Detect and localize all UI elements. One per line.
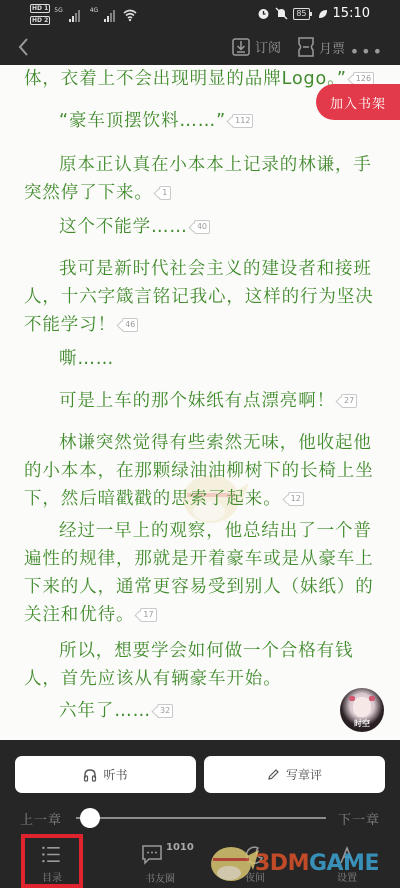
battery-icon: 85 (293, 8, 309, 20)
status-bar: HD 1 HD 2 5G 4G 85 15:10 (0, 0, 400, 30)
add-to-bookshelf-button[interactable]: 加入书架 (316, 84, 400, 120)
network2-label: 4G (90, 7, 98, 14)
nav-table-of-contents[interactable]: 目录 (21, 834, 83, 888)
sim2-hd-icon: HD 2 (30, 16, 50, 25)
ticket-icon (298, 37, 314, 57)
paragraph-11: 六年了……32 (24, 697, 379, 725)
status-right: 85 15:10 (257, 6, 370, 21)
site-watermark: 3DMGAME (255, 851, 379, 876)
wifi-icon (123, 8, 137, 22)
listen-book-label: 听书 (103, 766, 127, 783)
chapter-progress-row: 上一章 下一章 (0, 806, 400, 830)
clock: 15:10 (333, 6, 370, 21)
paragraph-comment-badge[interactable]: 12 (288, 492, 304, 506)
leaf-icon (318, 9, 328, 19)
paragraph-6: 嘶…… (24, 345, 379, 373)
subscribe-button[interactable]: 订阅 (232, 37, 281, 56)
download-box-icon (232, 38, 250, 56)
list-icon (40, 844, 64, 865)
paragraph-comment-badge[interactable]: 46 (122, 318, 138, 332)
back-chevron-icon[interactable] (12, 35, 36, 59)
paragraph-9: 经过一早上的观察，他总结出了一个普遍性的规律，那就是开着豪车或是从豪车上下来的人… (24, 517, 379, 629)
paragraph-5: 我可是新时代社会主义的建设者和接班人，十六字箴言铭记我心，这样的行为坚决不能学习… (24, 255, 379, 339)
monthly-ticket-button[interactable]: 月票 (298, 37, 345, 57)
prev-chapter-button[interactable]: 上一章 (20, 809, 62, 828)
subscribe-label: 订阅 (255, 37, 281, 56)
listen-book-button[interactable]: 听书 (15, 756, 196, 793)
sim1-hd-icon: HD 1 (30, 4, 50, 13)
paragraph-4: 这个不能学……40 (24, 213, 379, 241)
pencil-icon (267, 768, 280, 781)
friends-circle-count: 1010 (166, 842, 194, 853)
more-dots-icon: ••• (350, 42, 384, 61)
chapter-progress-slider[interactable] (76, 817, 326, 819)
avatar-text: 时空 (340, 718, 384, 729)
chat-bubble-icon (141, 844, 163, 866)
network1-label: 5G (54, 7, 62, 14)
nav-book-friends-circle[interactable]: 1010 书友圈 (130, 836, 190, 888)
mute-icon (275, 7, 288, 20)
paragraph-comment-badge[interactable]: 1 (159, 186, 171, 200)
write-chapter-review-button[interactable]: 写章评 (204, 756, 385, 793)
mascot-watermark-icon (205, 838, 260, 883)
chapter-content[interactable]: 体，衣着上不会出现明显的品牌Logo。”126 “豪车顶摆饮料……”112 原本… (0, 65, 400, 740)
paragraph-8: 林谦突然觉得有些索然无味，他收起他的小本本，在那颗绿油油柳树下的长椅上坐下，然后… (24, 429, 379, 513)
paragraph-comment-badge[interactable]: 112 (232, 114, 253, 128)
paragraph-comment-badge[interactable]: 27 (341, 394, 357, 408)
paragraph-10: 所以，想要学会如何做一个合格有钱人，首先应该从有辆豪车开始。 (24, 637, 379, 693)
signal2-icon (104, 8, 115, 22)
paragraph-7: 可是上车的那个妹纸有点漂亮啊！27 (24, 387, 379, 415)
reader-toolbar: 订阅 月票 ••• (0, 30, 400, 65)
status-left: HD 1 HD 2 5G 4G (30, 4, 137, 25)
paragraph-comment-badge[interactable]: 32 (157, 704, 173, 718)
signal1-icon (69, 8, 80, 22)
monthly-ticket-label: 月票 (319, 38, 345, 57)
slider-thumb[interactable] (80, 808, 100, 828)
more-options-button[interactable]: ••• (350, 42, 384, 61)
headphones-icon (83, 768, 97, 782)
nav-circle-label: 书友圈 (145, 870, 175, 885)
next-chapter-button[interactable]: 下一章 (338, 809, 380, 828)
paragraph-3: 原本正认真在小本本上记录的林谦，手突然停了下来。1 (24, 151, 379, 207)
paragraph-comment-badge[interactable]: 40 (194, 220, 210, 234)
nav-toc-label: 目录 (42, 869, 62, 884)
floating-avatar[interactable]: 时空 (340, 688, 384, 732)
write-review-label: 写章评 (286, 766, 322, 783)
alarm-icon (257, 7, 270, 20)
paragraph-comment-badge[interactable]: 17 (140, 608, 156, 622)
